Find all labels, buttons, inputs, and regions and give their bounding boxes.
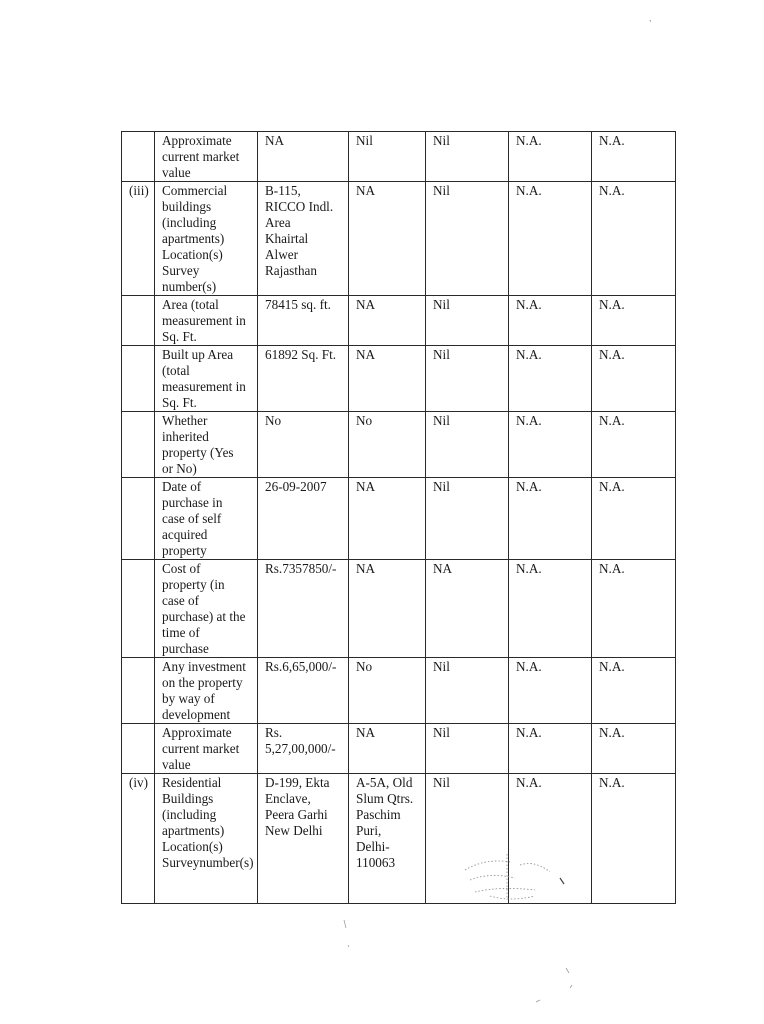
row-number: (iii) [122,182,155,296]
row-description: Commercial buildings (including apartmen… [155,182,258,296]
row-number [122,478,155,560]
table-row: Cost of property (in case of purchase) a… [122,560,676,658]
cell: No [258,412,349,478]
cell: Rs.7357850/- [258,560,349,658]
table-row: Whether inherited property (Yes or No) N… [122,412,676,478]
cell: N.A. [509,412,592,478]
row-description: Approximate current market value [155,132,258,182]
cell: NA [349,560,426,658]
table-row: Any investment on the property by way of… [122,658,676,724]
row-description: Approximate current market value [155,724,258,774]
cell: A-5A, Old Slum Qtrs. Paschim Puri, Delhi… [349,774,426,904]
cell: NA [349,182,426,296]
cell: Nil [349,132,426,182]
scan-mark: ʼ [648,18,655,27]
cell: N.A. [592,478,676,560]
row-description: Built up Area (total measurement in Sq. … [155,346,258,412]
cell: N.A. [592,182,676,296]
cell: NA [349,724,426,774]
cell: No [349,412,426,478]
cell: Nil [426,346,509,412]
row-number [122,724,155,774]
cell: N.A. [509,658,592,724]
cell: 61892 Sq. Ft. [258,346,349,412]
cell: N.A. [509,182,592,296]
row-number [122,296,155,346]
signature-mark [455,850,585,910]
row-number [122,346,155,412]
cell: N.A. [592,132,676,182]
table-row: (iv) Residential Buildings (including ap… [122,774,676,904]
table-row: Area (total measurement in Sq. Ft. 78415… [122,296,676,346]
cell: Nil [426,412,509,478]
cell: N.A. [592,296,676,346]
row-number [122,658,155,724]
row-number: (iv) [122,774,155,904]
row-description: Area (total measurement in Sq. Ft. [155,296,258,346]
row-number [122,132,155,182]
cell: N.A. [509,560,592,658]
cell: N.A. [592,724,676,774]
cell: NA [426,560,509,658]
cell: Rs. 5,27,00,000/- [258,724,349,774]
cell: 78415 sq. ft. [258,296,349,346]
row-description: Residential Buildings (including apartme… [155,774,258,904]
cell: Nil [426,478,509,560]
cell: N.A. [509,724,592,774]
cell: NA [349,296,426,346]
cell: N.A. [592,560,676,658]
cell: 26-09-2007 [258,478,349,560]
cell: No [349,658,426,724]
row-description: Any investment on the property by way of… [155,658,258,724]
cell: N.A. [509,296,592,346]
row-number [122,412,155,478]
cell: N.A. [592,346,676,412]
cell: NA [349,346,426,412]
table-row: Built up Area (total measurement in Sq. … [122,346,676,412]
cell: NA [349,478,426,560]
cell: Nil [426,132,509,182]
row-description: Cost of property (in case of purchase) a… [155,560,258,658]
cell: Nil [426,724,509,774]
cell: N.A. [509,478,592,560]
table-row: Approximate current market value NA Nil … [122,132,676,182]
cell: N.A. [509,346,592,412]
cell: N.A. [592,774,676,904]
cell: Nil [426,658,509,724]
cell: D-199, Ekta Enclave, Peera Garhi New Del… [258,774,349,904]
asset-declaration-table: Approximate current market value NA Nil … [121,131,676,904]
table-row: Approximate current market value Rs. 5,2… [122,724,676,774]
cell: Nil [426,182,509,296]
row-number [122,560,155,658]
table-row: Date of purchase in case of self acquire… [122,478,676,560]
cell: Nil [426,296,509,346]
row-description: Date of purchase in case of self acquire… [155,478,258,560]
cell: N.A. [592,658,676,724]
cell: B-115, RICCO Indl. Area Khairtal Alwer R… [258,182,349,296]
table-row: (iii) Commercial buildings (including ap… [122,182,676,296]
cell: Rs.6,65,000/- [258,658,349,724]
cell: NA [258,132,349,182]
cell: N.A. [509,132,592,182]
row-description: Whether inherited property (Yes or No) [155,412,258,478]
cell: N.A. [592,412,676,478]
